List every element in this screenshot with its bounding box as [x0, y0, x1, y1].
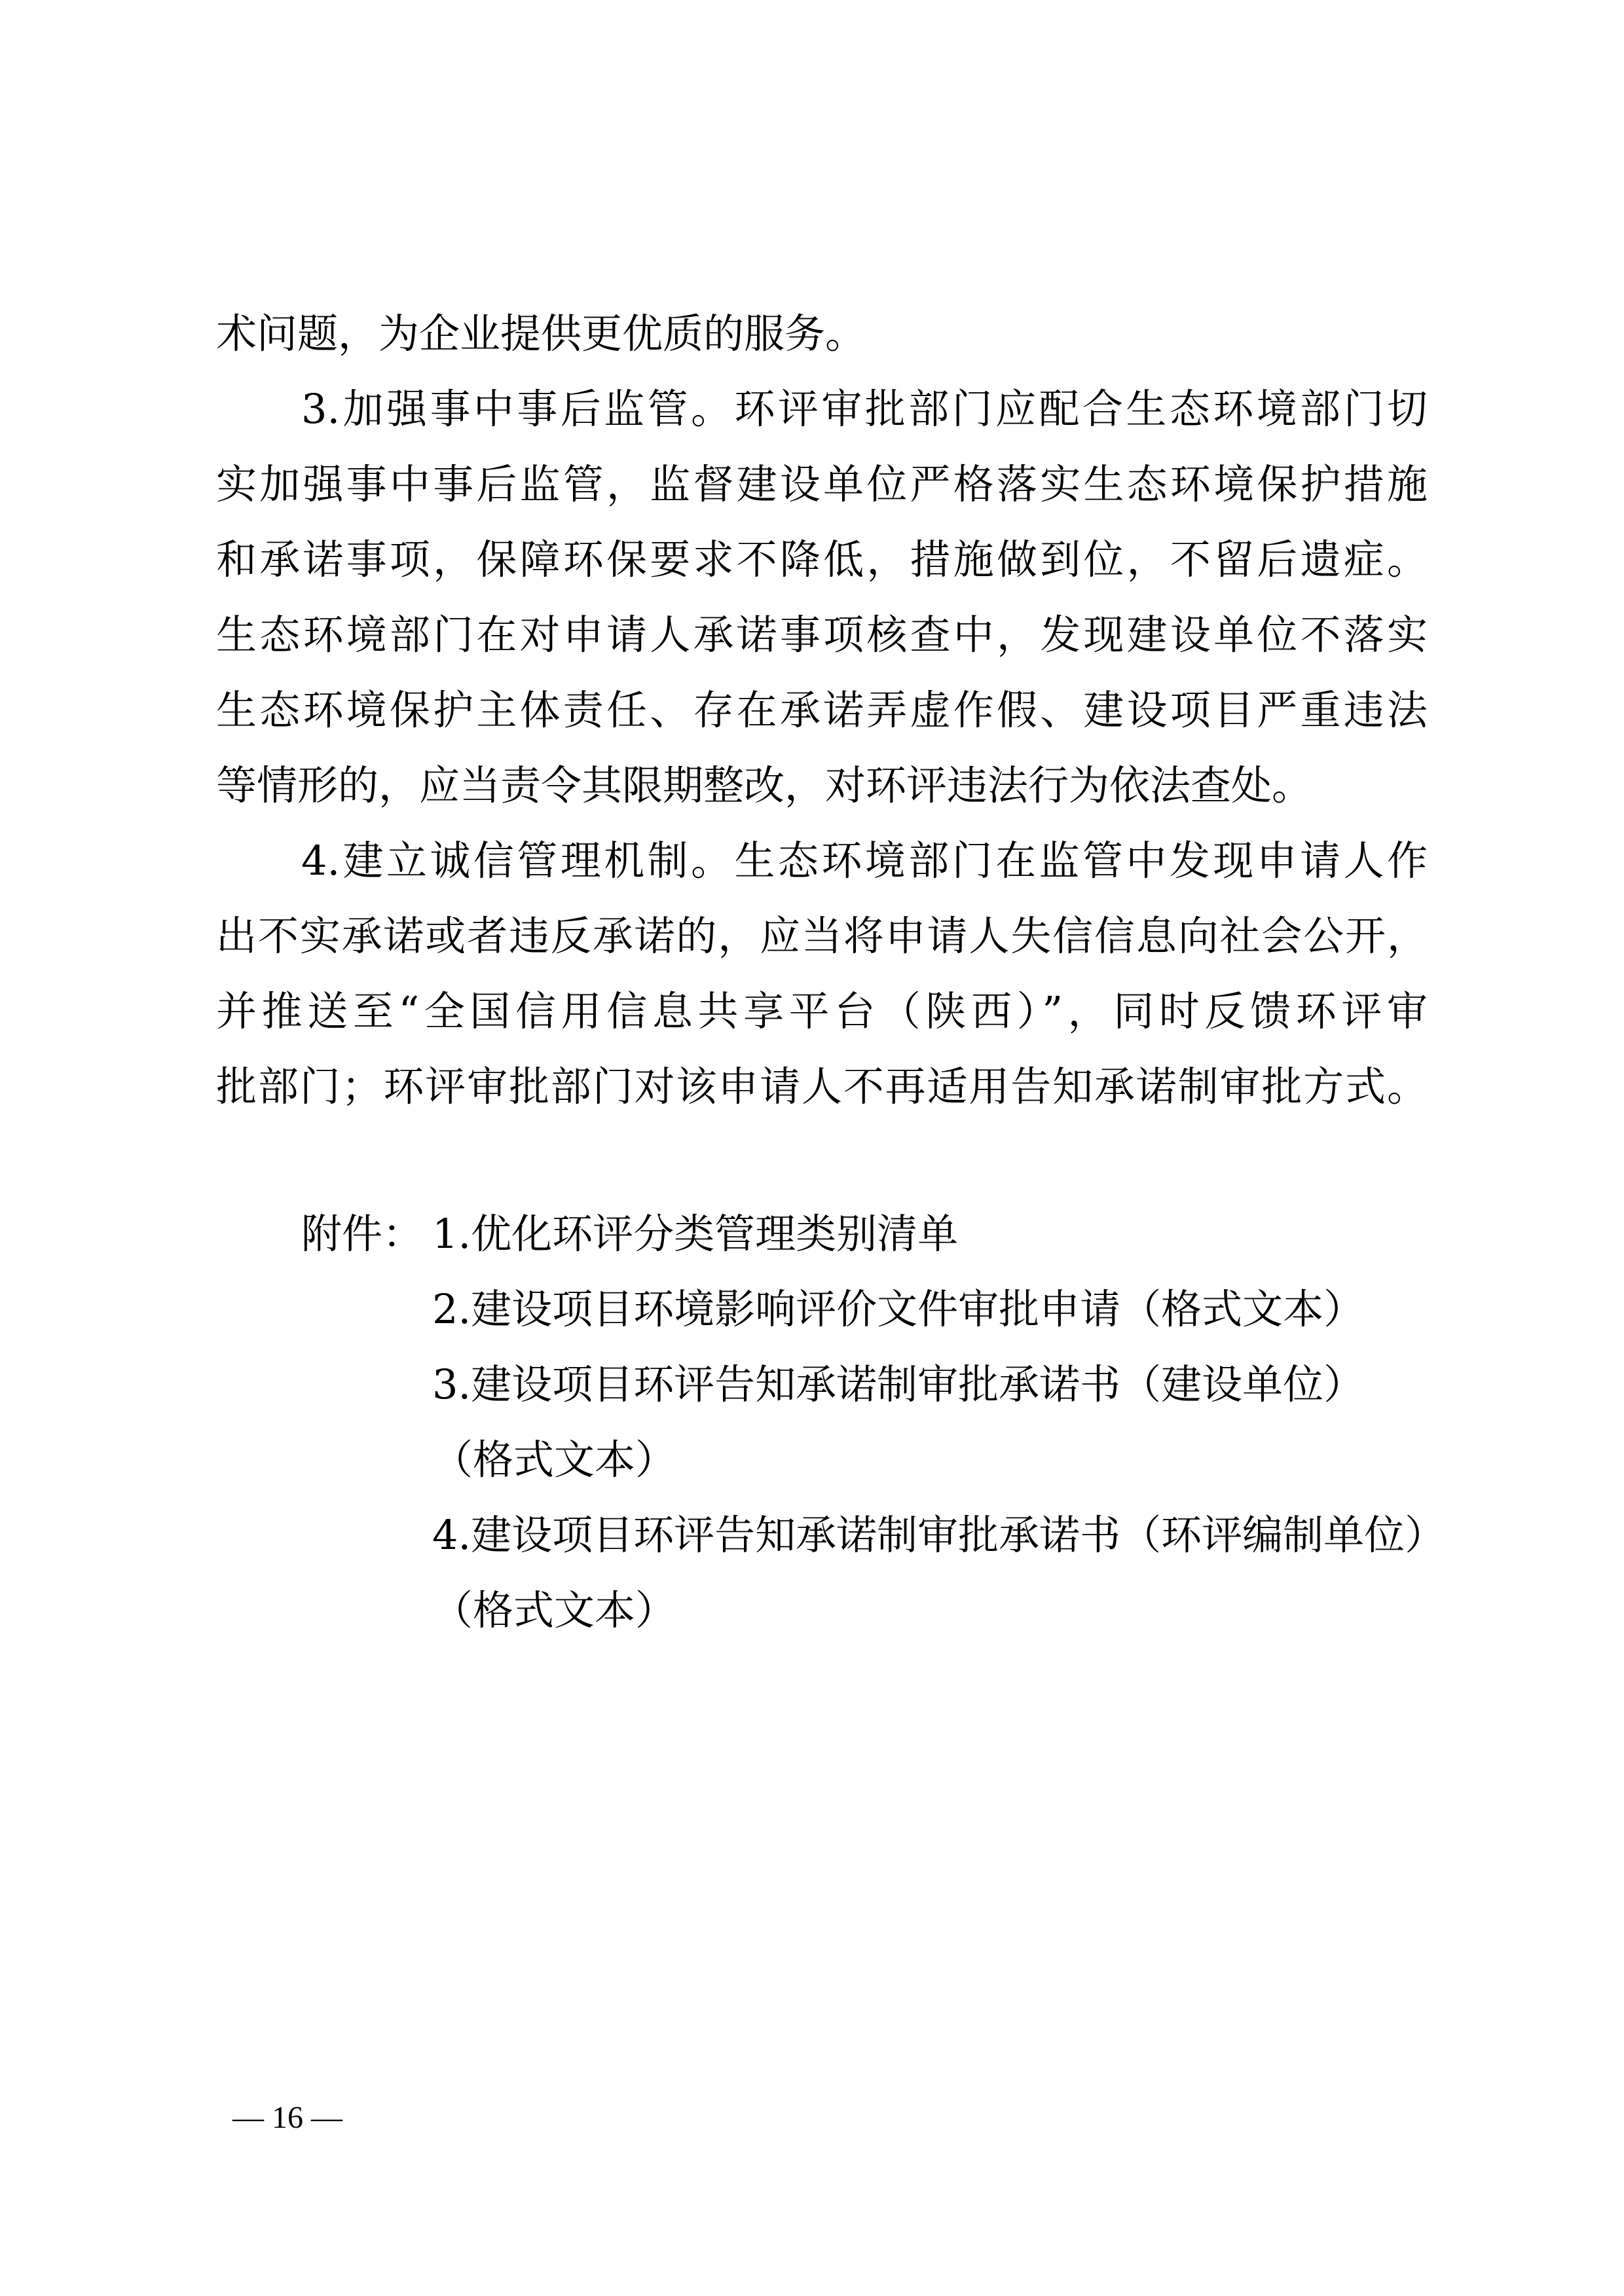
- body-line: 和承诺事项，保障环保要求不降低，措施做到位，不留后遗症。: [216, 534, 1428, 586]
- section-3-heading-line: 3.加强事中事后监管。环评审批部门应配合生态环境部门切: [301, 383, 1428, 435]
- attachment-item-continuation: （格式文本）: [432, 1584, 676, 1637]
- body-line: 并推送至“全国信用信息共享平台（陕西）”，同时反馈环评审: [216, 985, 1428, 1038]
- attachment-item: 1.优化环评分类管理类别清单: [432, 1208, 958, 1260]
- attachment-item-continuation: （格式文本）: [432, 1434, 676, 1486]
- section-4-heading-line: 4.建立诚信管理机制。生态环境部门在监管中发现申请人作: [301, 835, 1428, 887]
- attachments-label: 附件：: [301, 1208, 423, 1260]
- page-number: — 16 —: [232, 2098, 342, 2138]
- body-line: 生态环境保护主体责任、存在承诺弄虚作假、建设项目严重违法: [216, 684, 1428, 737]
- body-line: 术问题，为企业提供更优质的服务。: [216, 308, 1428, 360]
- attachment-item: 4.建设项目环评告知承诺制审批承诺书（环评编制单位）: [432, 1509, 1445, 1561]
- body-line: 实加强事中事后监管，监督建设单位严格落实生态环境保护措施: [216, 458, 1428, 511]
- attachment-item: 3.建设项目环评告知承诺制审批承诺书（建设单位）: [432, 1358, 1364, 1411]
- body-line: 等情形的，应当责令其限期整改，对环评违法行为依法查处。: [216, 759, 1428, 812]
- attachment-item: 2.建设项目环境影响评价文件审批申请（格式文本）: [432, 1283, 1364, 1336]
- body-line: 生态环境部门在对申请人承诺事项核查中，发现建设单位不落实: [216, 609, 1428, 661]
- body-line: 批部门；环评审批部门对该申请人不再适用告知承诺制审批方式。: [216, 1061, 1428, 1113]
- body-line: 出不实承诺或者违反承诺的，应当将申请人失信信息向社会公开，: [216, 910, 1428, 962]
